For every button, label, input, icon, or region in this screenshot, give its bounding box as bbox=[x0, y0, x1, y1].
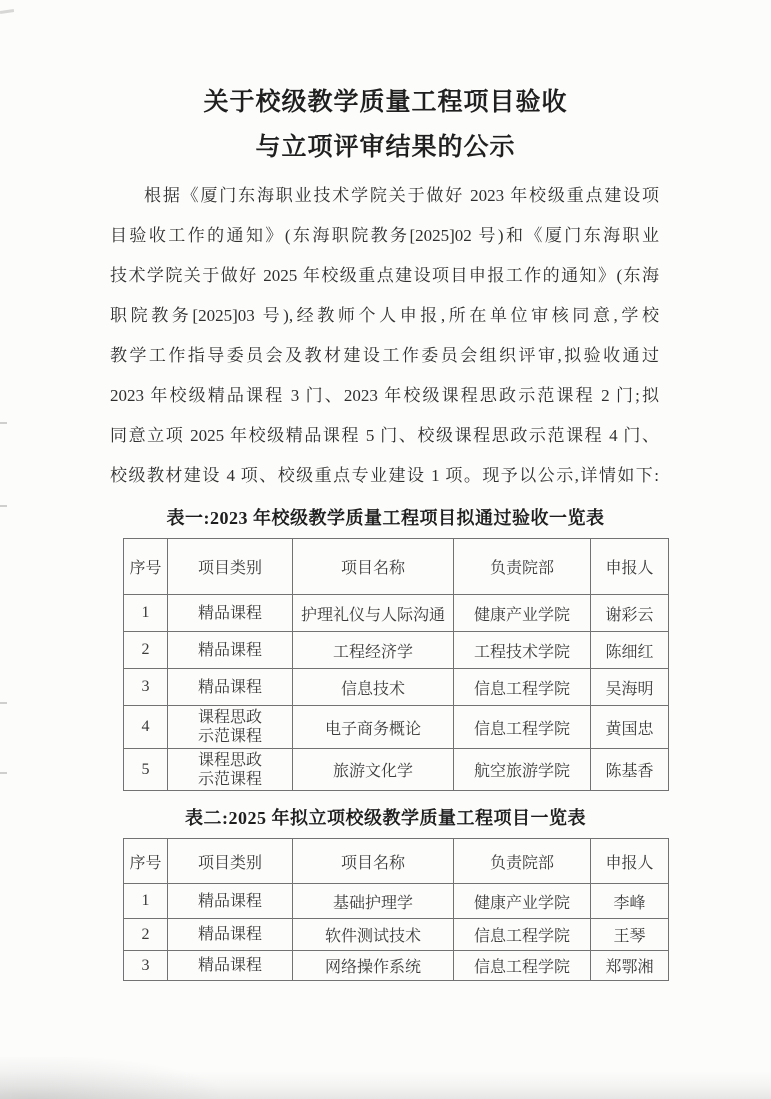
table-cell: 1 bbox=[124, 884, 168, 919]
table-cell: 3 bbox=[124, 951, 168, 981]
column-header: 申报人 bbox=[591, 839, 669, 884]
table-cell: 信息工程学院 bbox=[454, 951, 591, 981]
body-line: 根据《厦门东海职业技术学院关于做好 2023 年校级重点建设项 bbox=[110, 176, 659, 216]
table-cell: 健康产业学院 bbox=[454, 595, 591, 632]
scan-artifact bbox=[0, 772, 7, 774]
column-header: 项目类别 bbox=[168, 839, 293, 884]
table-2: 序号 项目类别 项目名称 负责院部 申报人 1 精品课程 基础护理学 健康产业学… bbox=[123, 838, 669, 981]
table-cell: 课程思政 示范课程 bbox=[168, 706, 293, 749]
body-line: 职院教务[2025]03 号),经教师个人申报,所在单位审核同意,学校 bbox=[110, 296, 659, 336]
table2-caption: 表二:2025 年拟立项校级教学质量工程项目一览表 bbox=[0, 804, 771, 832]
scan-artifact bbox=[0, 702, 7, 704]
document-title-line-2: 与立项评审结果的公示 bbox=[0, 125, 771, 170]
table-cell: 2 bbox=[124, 919, 168, 951]
column-header: 序号 bbox=[124, 839, 168, 884]
scan-artifact bbox=[0, 1057, 220, 1099]
table1-caption: 表一:2023 年校级教学质量工程项目拟通过验收一览表 bbox=[0, 504, 771, 532]
table-cell: 精品课程 bbox=[168, 951, 293, 981]
column-header: 项目名称 bbox=[293, 839, 454, 884]
table-cell: 信息工程学院 bbox=[454, 706, 591, 749]
body-line: 技术学院关于做好 2025 年校级重点建设项目申报工作的通知》(东海 bbox=[110, 256, 659, 296]
column-header: 项目名称 bbox=[293, 539, 454, 595]
column-header: 序号 bbox=[124, 539, 168, 595]
document-title: 关于校级教学质量工程项目验收 与立项评审结果的公示 bbox=[0, 0, 771, 170]
body-line: 校级教材建设 4 项、校级重点专业建设 1 项。现予以公示,详情如下: bbox=[110, 456, 659, 496]
table-row: 1 精品课程 基础护理学 健康产业学院 李峰 bbox=[124, 884, 669, 919]
column-header: 负责院部 bbox=[454, 839, 591, 884]
table-cell: 5 bbox=[124, 749, 168, 791]
table-row: 1 精品课程 护理礼仪与人际沟通 健康产业学院 谢彩云 bbox=[124, 595, 669, 632]
table-cell: 信息工程学院 bbox=[454, 919, 591, 951]
table-1: 序号 项目类别 项目名称 负责院部 申报人 1 精品课程 护理礼仪与人际沟通 健… bbox=[123, 538, 669, 791]
table-cell: 精品课程 bbox=[168, 919, 293, 951]
table-cell: 黄国忠 bbox=[591, 706, 669, 749]
table-row: 5 课程思政 示范课程 旅游文化学 航空旅游学院 陈基香 bbox=[124, 749, 669, 791]
table-header-row: 序号 项目类别 项目名称 负责院部 申报人 bbox=[124, 539, 669, 595]
table-cell: 精品课程 bbox=[168, 669, 293, 706]
table-cell: 精品课程 bbox=[168, 595, 293, 632]
body-paragraph: 根据《厦门东海职业技术学院关于做好 2023 年校级重点建设项 目验收工作的通知… bbox=[110, 176, 659, 496]
table-cell: 精品课程 bbox=[168, 632, 293, 669]
table-cell: 电子商务概论 bbox=[293, 706, 454, 749]
body-line: 同意立项 2025 年校级精品课程 5 门、校级课程思政示范课程 4 门、 bbox=[110, 416, 659, 456]
scanned-document-page: 关于校级教学质量工程项目验收 与立项评审结果的公示 根据《厦门东海职业技术学院关… bbox=[0, 0, 771, 1099]
column-header: 申报人 bbox=[591, 539, 669, 595]
table-header-row: 序号 项目类别 项目名称 负责院部 申报人 bbox=[124, 839, 669, 884]
scan-artifact bbox=[0, 1071, 771, 1099]
table-cell: 课程思政 示范课程 bbox=[168, 749, 293, 791]
body-line: 教学工作指导委员会及教材建设工作委员会组织评审,拟验收通过 bbox=[110, 336, 659, 376]
table-cell: 工程技术学院 bbox=[454, 632, 591, 669]
scan-artifact bbox=[0, 422, 7, 424]
table-cell: 王琴 bbox=[591, 919, 669, 951]
table-cell: 护理礼仪与人际沟通 bbox=[293, 595, 454, 632]
table-cell: 谢彩云 bbox=[591, 595, 669, 632]
table-cell: 网络操作系统 bbox=[293, 951, 454, 981]
table-cell: 3 bbox=[124, 669, 168, 706]
table-cell: 信息技术 bbox=[293, 669, 454, 706]
table-cell: 李峰 bbox=[591, 884, 669, 919]
table-row: 4 课程思政 示范课程 电子商务概论 信息工程学院 黄国忠 bbox=[124, 706, 669, 749]
column-header: 项目类别 bbox=[168, 539, 293, 595]
table-row: 3 精品课程 信息技术 信息工程学院 吴海明 bbox=[124, 669, 669, 706]
document-title-line-1: 关于校级教学质量工程项目验收 bbox=[0, 80, 771, 125]
body-line: 目验收工作的通知》(东海职院教务[2025]02 号)和《厦门东海职业 bbox=[110, 216, 659, 256]
table-cell: 2 bbox=[124, 632, 168, 669]
table-cell: 工程经济学 bbox=[293, 632, 454, 669]
table-cell: 吴海明 bbox=[591, 669, 669, 706]
table-row: 2 精品课程 软件测试技术 信息工程学院 王琴 bbox=[124, 919, 669, 951]
table-cell: 信息工程学院 bbox=[454, 669, 591, 706]
column-header: 负责院部 bbox=[454, 539, 591, 595]
table-cell: 基础护理学 bbox=[293, 884, 454, 919]
table-cell: 1 bbox=[124, 595, 168, 632]
table-row: 2 精品课程 工程经济学 工程技术学院 陈细红 bbox=[124, 632, 669, 669]
table-cell: 健康产业学院 bbox=[454, 884, 591, 919]
table-cell: 软件测试技术 bbox=[293, 919, 454, 951]
table-cell: 航空旅游学院 bbox=[454, 749, 591, 791]
table-cell: 陈细红 bbox=[591, 632, 669, 669]
table-row: 3 精品课程 网络操作系统 信息工程学院 郑鄂湘 bbox=[124, 951, 669, 981]
table-cell: 4 bbox=[124, 706, 168, 749]
table-cell: 陈基香 bbox=[591, 749, 669, 791]
body-line: 2023 年校级精品课程 3 门、2023 年校级课程思政示范课程 2 门;拟 bbox=[110, 376, 659, 416]
table-cell: 郑鄂湘 bbox=[591, 951, 669, 981]
table-cell: 精品课程 bbox=[168, 884, 293, 919]
table-cell: 旅游文化学 bbox=[293, 749, 454, 791]
